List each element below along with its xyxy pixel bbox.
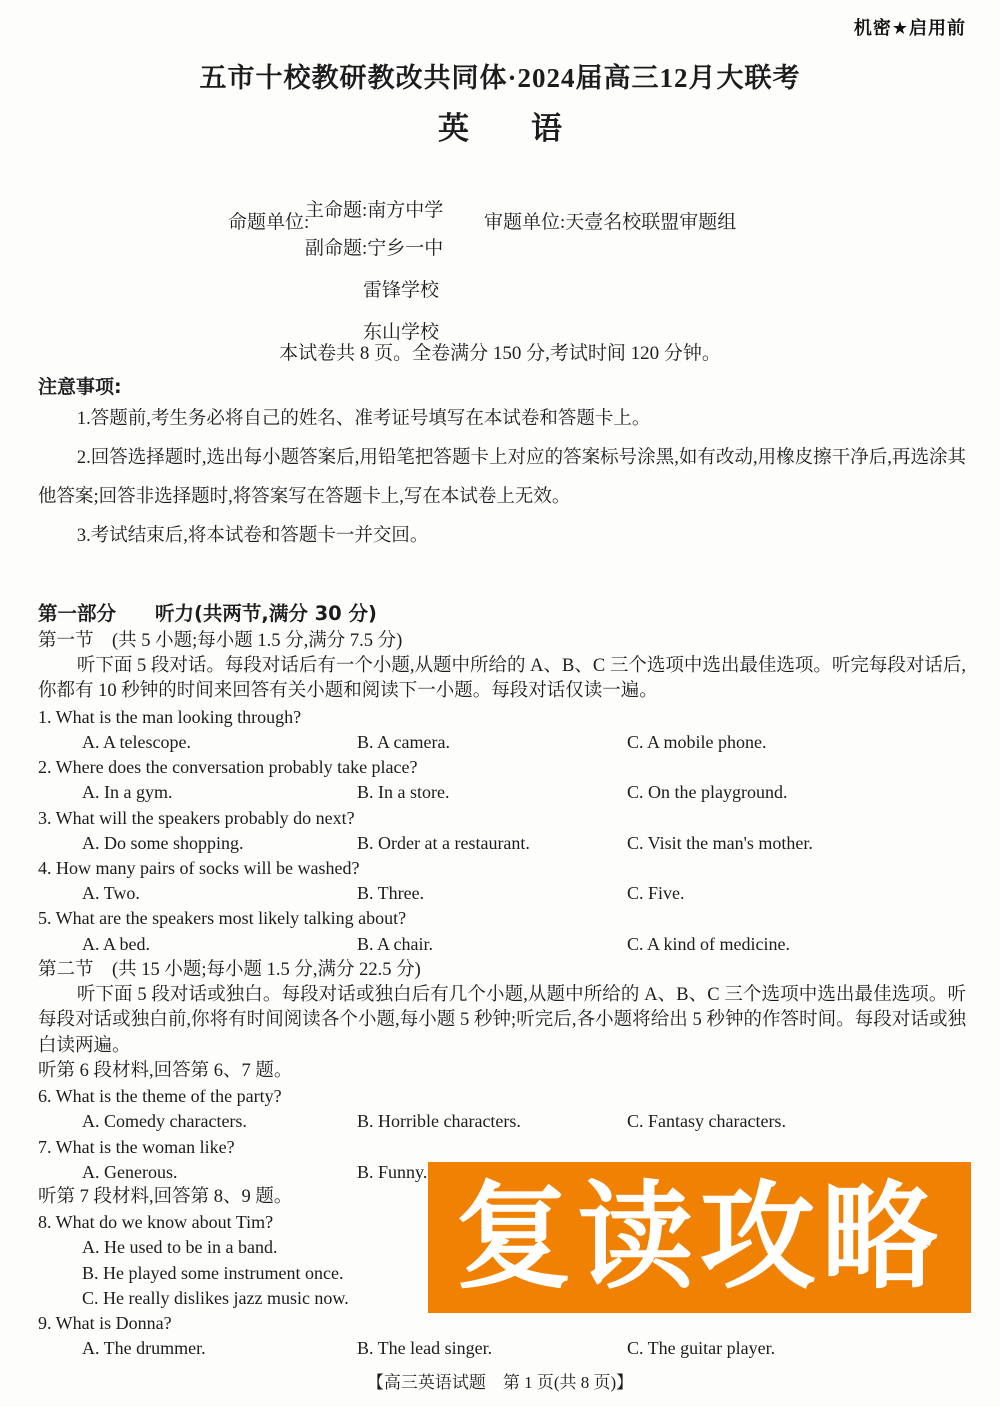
question-text: 5. What are the speakers most likely tal… bbox=[38, 906, 966, 931]
option: B. Three. bbox=[357, 881, 627, 906]
option: B. In a store. bbox=[357, 780, 627, 805]
notice-list: 1.答题前,考生务必将自己的姓名、准考证号填写在本试卷和答题卡上。 2.回答选择… bbox=[38, 400, 966, 556]
notice-heading: 注意事项: bbox=[38, 374, 966, 400]
question-text: 1. What is the man looking through? bbox=[38, 705, 966, 730]
option-row: A. In a gym.B. In a store.C. On the play… bbox=[38, 780, 966, 805]
question-text: 6. What is the theme of the party? bbox=[38, 1084, 966, 1109]
option: B. Order at a restaurant. bbox=[357, 831, 627, 856]
question-text: 9. What is Donna? bbox=[38, 1311, 966, 1336]
setter-label: 命题单位: bbox=[228, 210, 309, 236]
option: B. A chair. bbox=[357, 932, 627, 957]
question-text: 2. Where does the conversation probably … bbox=[38, 755, 966, 780]
option: C. A mobile phone. bbox=[627, 730, 966, 755]
notice-item: 3.考试结束后,将本试卷和答题卡一并交回。 bbox=[38, 517, 966, 556]
material-line: 听第 6 段材料,回答第 6、7 题。 bbox=[38, 1059, 966, 1084]
promo-overlay-text: 复读攻略 bbox=[456, 1180, 944, 1296]
option: C. The guitar player. bbox=[627, 1336, 966, 1361]
option: A. The drummer. bbox=[82, 1336, 357, 1361]
option: B. The lead singer. bbox=[357, 1336, 627, 1361]
option-row: A. The drummer.B. The lead singer.C. The… bbox=[38, 1336, 966, 1361]
exam-subject: 英 语 bbox=[0, 103, 1000, 148]
option-row: A. Two.B. Three.C. Five. bbox=[38, 881, 966, 906]
committee-block: 命题单位: 主命题:南方中学 副命题:宁乡一中 雷锋学校 东山学校 审题单位:天… bbox=[0, 196, 1000, 356]
page-title: 五市十校教研教改共同体·2024届高三12月大联考 bbox=[0, 56, 1000, 95]
option: A. Two. bbox=[82, 881, 357, 906]
setter-line: 副命题:宁乡一中 bbox=[305, 236, 443, 262]
option: C. A kind of medicine. bbox=[627, 932, 966, 957]
option: A. A bed. bbox=[82, 932, 357, 957]
reviewer-label: 审题单位:天壹名校联盟审题组 bbox=[484, 210, 736, 236]
confidential-label: 机密★启用前 bbox=[854, 14, 966, 40]
setter-line: 雷锋学校 bbox=[363, 278, 439, 304]
question-text: 3. What will the speakers probably do ne… bbox=[38, 806, 966, 831]
section1-questions: 1. What is the man looking through?A. A … bbox=[38, 705, 966, 957]
option: A. Generous. bbox=[82, 1160, 357, 1185]
option: C. Fantasy characters. bbox=[627, 1109, 966, 1134]
setter-line: 主命题:南方中学 bbox=[305, 198, 443, 224]
section1-instructions: 听下面 5 段对话。每段对话后有一个小题,从题中所给的 A、B、C 三个选项中选… bbox=[38, 654, 966, 705]
option: A. Do some shopping. bbox=[82, 831, 357, 856]
question-text: 7. What is the woman like? bbox=[38, 1135, 966, 1160]
option: B. A camera. bbox=[357, 730, 627, 755]
option-row: A. A telescope.B. A camera.C. A mobile p… bbox=[38, 730, 966, 755]
option-row: A. Do some shopping.B. Order at a restau… bbox=[38, 831, 966, 856]
option: A. In a gym. bbox=[82, 780, 357, 805]
option: A. A telescope. bbox=[82, 730, 357, 755]
option: B. Horrible characters. bbox=[357, 1109, 627, 1134]
section2-instructions: 听下面 5 段对话或独白。每段对话或独白后有几个小题,从题中所给的 A、B、C … bbox=[38, 983, 966, 1059]
option-row: A. Comedy characters.B. Horrible charact… bbox=[38, 1109, 966, 1134]
option: A. Comedy characters. bbox=[82, 1109, 357, 1134]
section2-title: 第二节 (共 15 小题;每小题 1.5 分,满分 22.5 分) bbox=[38, 957, 966, 983]
option: C. Five. bbox=[627, 881, 966, 906]
promo-overlay-banner: 复读攻略 bbox=[428, 1162, 971, 1313]
footer-page-info: 【高三英语试题 第 1 页(共 8 页)】 bbox=[0, 1368, 1000, 1393]
part1-heading: 第一部分 听力(共两节,满分 30 分) bbox=[38, 600, 966, 628]
question-text: 4. How many pairs of socks will be washe… bbox=[38, 856, 966, 881]
option-row: A. A bed.B. A chair.C. A kind of medicin… bbox=[38, 932, 966, 957]
option: C. Visit the man's mother. bbox=[627, 831, 966, 856]
notice-item: 1.答题前,考生务必将自己的姓名、准考证号填写在本试卷和答题卡上。 bbox=[38, 400, 966, 439]
notice-item: 2.回答选择题时,选出每小题答案后,用铅笔把答题卡上对应的答案标号涂黑,如有改动… bbox=[38, 439, 966, 517]
exam-paper-page: 机密★启用前 五市十校教研教改共同体·2024届高三12月大联考 英 语 命题单… bbox=[0, 0, 1000, 1407]
section1-title: 第一节 (共 5 小题;每小题 1.5 分,满分 7.5 分) bbox=[38, 628, 966, 654]
option: C. On the playground. bbox=[627, 780, 966, 805]
paper-info: 本试卷共 8 页。全卷满分 150 分,考试时间 120 分钟。 bbox=[0, 338, 1000, 365]
